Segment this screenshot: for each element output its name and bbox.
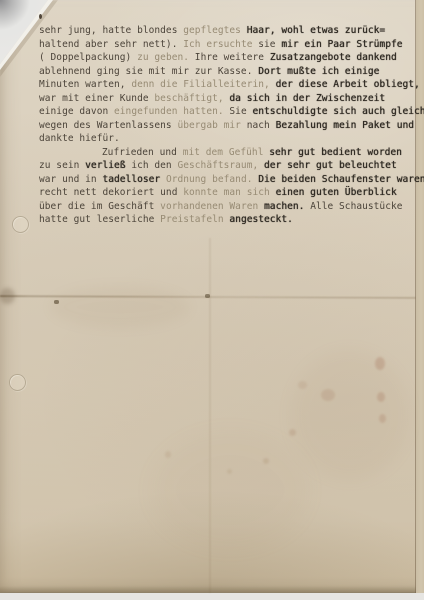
- typed-line: zu sein verließ ich den Geschäftsraum, d…: [39, 159, 423, 173]
- typed-segment: konnte man sich: [183, 187, 275, 198]
- typed-line: haltend aber sehr nett). Ich ersuchte si…: [39, 38, 423, 52]
- typed-segment: machen.: [264, 201, 310, 212]
- typed-segment: Geschäftsraum,: [177, 160, 264, 171]
- typed-segment: über die im Geschäft: [39, 201, 160, 212]
- typed-segment: übergab mir: [177, 120, 246, 131]
- typed-segment: Alle Schaustücke: [310, 201, 402, 212]
- typed-segment: nach: [247, 120, 276, 131]
- typed-segment: der sehr gut beleuchtet: [264, 160, 397, 171]
- typed-line: hatte gut leserliche Preistafeln angeste…: [39, 213, 423, 227]
- typed-line: Zufrieden und mit dem Gefühl sehr gut be…: [39, 146, 423, 160]
- typed-line: recht nett dekoriert und konnte man sich…: [39, 186, 423, 200]
- typed-segment: Die beiden Schaufenster waren: [258, 174, 424, 185]
- typed-segment: Zusatzangebote dankend: [270, 52, 397, 63]
- typed-segment: recht nett dekoriert und: [39, 187, 183, 198]
- typed-segment: sie: [258, 39, 281, 50]
- typed-segment: eingefunden hatten.: [114, 106, 229, 117]
- typed-line: dankte hiefür.: [39, 132, 423, 146]
- typed-line: ( Doppelpackung) zu geben. Ihre weitere …: [39, 51, 423, 65]
- stain: [39, 14, 42, 19]
- typed-segment: war mit einer Kunde: [39, 93, 154, 104]
- typed-segment: einige davon: [39, 106, 114, 117]
- typed-segment: mir ein Paar Strümpfe: [281, 39, 402, 50]
- stain: [50, 286, 190, 328]
- typed-segment: zu geben.: [137, 52, 195, 63]
- typed-segment: mit dem Gefühl: [183, 147, 270, 158]
- typed-segment: ich den: [131, 160, 177, 171]
- punch-hole: [9, 374, 26, 391]
- typed-segment: da sich in der Zwischenzeit: [229, 93, 385, 104]
- typed-text-block: sehr jung, hatte blondes gepflegtes Haar…: [39, 24, 423, 227]
- typed-segment: einen guten Überblick: [276, 187, 397, 198]
- typed-segment: haltend aber sehr nett).: [39, 39, 183, 50]
- typed-line: ablehnend ging sie mit mir zur Kasse. Do…: [39, 65, 423, 79]
- typed-segment: angesteckt.: [229, 214, 292, 225]
- typed-segment: denn die Filialleiterin,: [131, 79, 275, 90]
- crease-spot: [205, 294, 210, 298]
- typed-segment: Ich ersuchte: [183, 39, 258, 50]
- typed-segment: war und in: [39, 174, 102, 185]
- typed-segment: verließ: [85, 160, 131, 171]
- typed-segment: Zufrieden und: [102, 147, 183, 158]
- typed-segment: Sie: [229, 106, 252, 117]
- stain: [290, 350, 410, 480]
- scan-backdrop: sehr jung, hatte blondes gepflegtes Haar…: [0, 0, 424, 600]
- typed-segment: tadelloser: [102, 174, 165, 185]
- typed-line: über die im Geschäft vorhandenen Waren m…: [39, 200, 423, 214]
- typed-segment: sehr jung, hatte blondes: [39, 25, 183, 36]
- typed-segment: Bezahlung mein Paket und: [276, 120, 414, 131]
- typed-segment: wegen des Wartenlassens: [39, 120, 177, 131]
- typed-line: Minuten warten, denn die Filialleiterin,…: [39, 78, 423, 92]
- typed-segment: ( Doppelpackung): [39, 52, 137, 63]
- typed-segment: der diese Arbeit obliegt,: [276, 79, 420, 90]
- fold-crease-edge-blotch: [0, 288, 15, 304]
- typed-segment: Dort mußte ich einige: [258, 66, 379, 77]
- typed-line: sehr jung, hatte blondes gepflegtes Haar…: [39, 24, 423, 38]
- typed-segment: beschäftigt,: [154, 93, 229, 104]
- typed-segment: Ordnung befand.: [166, 174, 258, 185]
- stain: [150, 430, 310, 550]
- page-bottom-shadow: [0, 586, 424, 593]
- typed-segment: Ihre weitere: [195, 52, 270, 63]
- typed-segment: vorhandenen Waren: [160, 201, 264, 212]
- typed-line: war mit einer Kunde beschäftigt, da sich…: [39, 92, 423, 106]
- punch-hole: [12, 216, 29, 233]
- typed-segment: Preistafeln: [160, 214, 229, 225]
- typed-segment: zu sein: [39, 160, 85, 171]
- typed-segment: gepflegtes: [183, 25, 246, 36]
- typed-line: war und in tadelloser Ordnung befand. Di…: [39, 173, 423, 187]
- typed-segment: Haar, wohl etwas zurück=: [247, 25, 385, 36]
- typed-segment: dankte hiefür.: [39, 133, 120, 144]
- typed-segment: hatte gut leserliche: [39, 214, 160, 225]
- typed-segment: entschuldigte sich auch gleich: [252, 106, 424, 117]
- typed-line: einige davon eingefunden hatten. Sie ent…: [39, 105, 423, 119]
- typed-segment: ablehnend ging sie mit mir zur Kasse.: [39, 66, 258, 77]
- typed-segment: sehr gut bedient worden: [269, 147, 402, 158]
- typed-segment: Minuten warten,: [39, 79, 131, 90]
- typed-line: wegen des Wartenlassens übergab mir nach…: [39, 119, 423, 133]
